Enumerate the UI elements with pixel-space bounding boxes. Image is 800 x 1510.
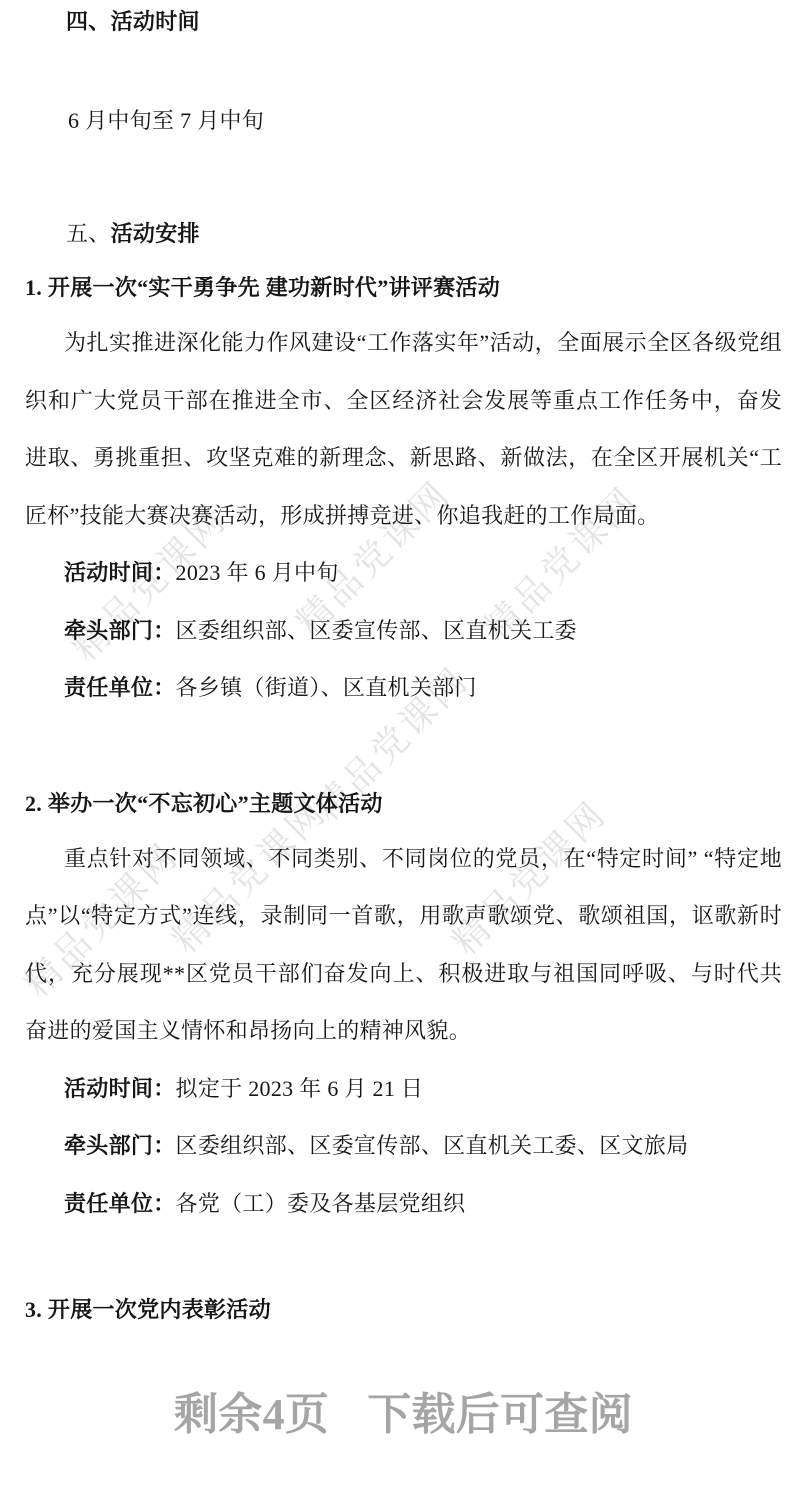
- remaining-pages-count: 剩余4页: [174, 1390, 329, 1439]
- field-value: 各乡镇（街道）、区直机关部门: [176, 675, 477, 700]
- remaining-pages-banner: 剩余4页下载后可查阅: [25, 1387, 782, 1443]
- field-value: 拟定于 2023 年 6 月 21 日: [176, 1076, 424, 1101]
- field-value: 区委组织部、区委宣传部、区直机关工委: [176, 618, 577, 643]
- field-row: 活动时间：2023 年 6 月中旬: [64, 544, 782, 602]
- section4-heading: 四、活动时间: [66, 8, 782, 36]
- section4-body: 6 月中旬至 7 月中旬: [68, 107, 782, 135]
- field-value: 区委组织部、区委宣传部、区直机关工委、区文旅局: [176, 1133, 689, 1158]
- document-content: 四、活动时间 6 月中旬至 7 月中旬 五、活动安排 1. 开展一次“实干勇争先…: [0, 0, 800, 1443]
- field-row: 责任单位：各党（工）委及各基层党组织: [64, 1175, 782, 1233]
- item3-title: 3. 开展一次党内表彰活动: [25, 1296, 782, 1324]
- item1-fields: 活动时间：2023 年 6 月中旬 牵头部门：区委组织部、区委宣传部、区直机关工…: [64, 544, 782, 717]
- document-page: 精品党课网 精品党课网 精品党课网 精品党课网 精品党课网 精品党课网 精品党课…: [0, 0, 800, 1510]
- field-label: 活动时间：: [64, 560, 176, 585]
- item2-title: 2. 举办一次“不忘初心”主题文体活动: [25, 790, 782, 818]
- item2-fields: 活动时间：拟定于 2023 年 6 月 21 日 牵头部门：区委组织部、区委宣传…: [64, 1060, 782, 1233]
- field-value: 2023 年 6 月中旬: [176, 560, 339, 585]
- section5-heading: 五、活动安排: [66, 220, 782, 248]
- field-label: 活动时间：: [64, 1076, 176, 1101]
- field-label: 责任单位：: [64, 1191, 176, 1216]
- field-label: 牵头部门：: [64, 1133, 176, 1158]
- section5-heading-text: 活动安排: [111, 221, 200, 246]
- item1-paragraph: 为扎实推进深化能力作风建设“工作落实年”活动，全面展示全区各级党组织和广大党员干…: [25, 314, 782, 544]
- section5-heading-prefix: 五、: [66, 221, 111, 246]
- item1-title: 1. 开展一次“实干勇争先 建功新时代”讲评赛活动: [25, 274, 782, 302]
- item2-paragraph: 重点针对不同领域、不同类别、不同岗位的党员，在“特定时间” “特定地点”以“特定…: [25, 830, 782, 1060]
- field-row: 活动时间：拟定于 2023 年 6 月 21 日: [64, 1060, 782, 1118]
- field-row: 牵头部门：区委组织部、区委宣传部、区直机关工委: [64, 602, 782, 660]
- field-label: 牵头部门：: [64, 618, 176, 643]
- field-value: 各党（工）委及各基层党组织: [176, 1191, 466, 1216]
- download-to-view-hint: 下载后可查阅: [367, 1390, 633, 1439]
- field-row: 责任单位：各乡镇（街道）、区直机关部门: [64, 659, 782, 717]
- field-label: 责任单位：: [64, 675, 176, 700]
- field-row: 牵头部门：区委组织部、区委宣传部、区直机关工委、区文旅局: [64, 1117, 782, 1175]
